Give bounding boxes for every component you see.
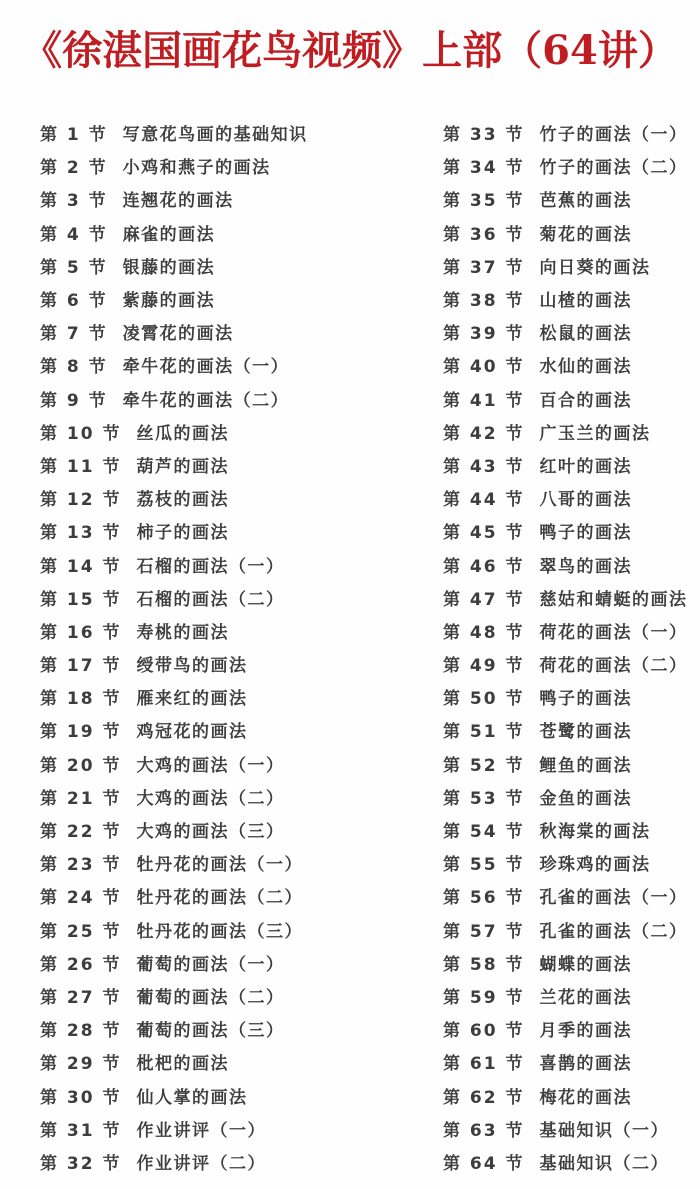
lesson-title: 兰花的画法 <box>540 983 633 1008</box>
lesson-row: 第 46 节 翠鸟的画法 <box>443 547 693 580</box>
lesson-title: 小鸡和燕子的画法 <box>123 153 271 178</box>
lesson-row: 第 4 节 麻雀的画法 <box>40 216 420 249</box>
lesson-number: 第 32 节 <box>40 1149 122 1174</box>
lesson-number: 第 11 节 <box>40 452 122 477</box>
lesson-row: 第 15 节 石榴的画法（二） <box>40 581 420 614</box>
lesson-title: 寿桃的画法 <box>137 618 230 643</box>
lesson-row: 第 55 节 珍珠鸡的画法 <box>443 846 693 879</box>
lesson-number: 第 48 节 <box>443 618 525 643</box>
lesson-number: 第 25 节 <box>40 917 122 942</box>
lesson-number: 第 26 节 <box>40 950 122 975</box>
lesson-title: 八哥的画法 <box>540 485 633 510</box>
lesson-number: 第 54 节 <box>443 817 525 842</box>
lesson-row: 第 62 节 梅花的画法 <box>443 1078 693 1111</box>
lesson-row: 第 24 节 牡丹花的画法（二） <box>40 879 420 912</box>
lesson-row: 第 9 节 牵牛花的画法（二） <box>40 382 420 415</box>
lesson-title: 牵牛花的画法（二） <box>123 386 290 411</box>
lesson-number: 第 17 节 <box>40 651 122 676</box>
lesson-number: 第 28 节 <box>40 1016 122 1041</box>
lesson-number: 第 35 节 <box>443 186 525 211</box>
lesson-title: 石榴的画法（一） <box>137 552 285 577</box>
lesson-title: 丝瓜的画法 <box>137 419 230 444</box>
page-title: 《徐湛国画花鸟视频》上部（64讲） <box>0 22 700 80</box>
lesson-row: 第 64 节 基础知识（二） <box>443 1145 693 1178</box>
lesson-title: 大鸡的画法（一） <box>137 751 285 776</box>
lesson-title: 苍鹭的画法 <box>540 717 633 742</box>
lesson-title: 石榴的画法（二） <box>137 585 285 610</box>
lesson-row: 第 45 节 鸭子的画法 <box>443 514 693 547</box>
lesson-title: 荷花的画法（一） <box>540 618 688 643</box>
lesson-title: 牡丹花的画法（一） <box>137 850 304 875</box>
lesson-title: 牡丹花的画法（三） <box>137 917 304 942</box>
lesson-title: 基础知识（二） <box>540 1149 670 1174</box>
lesson-number: 第 37 节 <box>443 253 525 278</box>
lesson-number: 第 42 节 <box>443 419 525 444</box>
lesson-title: 基础知识（一） <box>540 1116 670 1141</box>
lesson-number: 第 64 节 <box>443 1149 525 1174</box>
lesson-row: 第 16 节 寿桃的画法 <box>40 614 420 647</box>
lesson-row: 第 8 节 牵牛花的画法（一） <box>40 348 420 381</box>
lesson-title: 百合的画法 <box>540 386 633 411</box>
lesson-row: 第 11 节 葫芦的画法 <box>40 448 420 481</box>
lesson-row: 第 3 节 连翘花的画法 <box>40 182 420 215</box>
lesson-row: 第 26 节 葡萄的画法（一） <box>40 946 420 979</box>
lesson-row: 第 61 节 喜鹊的画法 <box>443 1045 693 1078</box>
lesson-title: 喜鹊的画法 <box>540 1049 633 1074</box>
lesson-title: 慈姑和蜻蜓的画法 <box>540 585 688 610</box>
lesson-number: 第 12 节 <box>40 485 122 510</box>
lesson-number: 第 14 节 <box>40 552 122 577</box>
lesson-number: 第 56 节 <box>443 883 525 908</box>
lesson-row: 第 37 节 向日葵的画法 <box>443 249 693 282</box>
lesson-title: 大鸡的画法（三） <box>137 817 285 842</box>
lesson-title: 山楂的画法 <box>540 286 633 311</box>
lesson-title: 葡萄的画法（一） <box>137 950 285 975</box>
lesson-row: 第 5 节 银藤的画法 <box>40 249 420 282</box>
lesson-title: 绶带鸟的画法 <box>137 651 248 676</box>
lesson-row: 第 57 节 孔雀的画法（二） <box>443 913 693 946</box>
lesson-title: 翠鸟的画法 <box>540 552 633 577</box>
lesson-number: 第 38 节 <box>443 286 525 311</box>
lesson-row: 第 53 节 金鱼的画法 <box>443 780 693 813</box>
lesson-title: 仙人掌的画法 <box>137 1083 248 1108</box>
lesson-row: 第 63 节 基础知识（一） <box>443 1112 693 1145</box>
lesson-number: 第 10 节 <box>40 419 122 444</box>
lesson-row: 第 6 节 紫藤的画法 <box>40 282 420 315</box>
lesson-row: 第 48 节 荷花的画法（一） <box>443 614 693 647</box>
lesson-column-left: 第 1 节 写意花鸟画的基础知识 第 2 节 小鸡和燕子的画法 第 3 节 连翘… <box>40 116 420 1178</box>
lesson-number: 第 52 节 <box>443 751 525 776</box>
lesson-number: 第 19 节 <box>40 717 122 742</box>
lesson-number: 第 55 节 <box>443 850 525 875</box>
lesson-row: 第 50 节 鸭子的画法 <box>443 680 693 713</box>
lesson-number: 第 15 节 <box>40 585 122 610</box>
lesson-row: 第 22 节 大鸡的画法（三） <box>40 813 420 846</box>
lesson-row: 第 18 节 雁来红的画法 <box>40 680 420 713</box>
lesson-number: 第 53 节 <box>443 784 525 809</box>
lesson-row: 第 58 节 蝴蝶的画法 <box>443 946 693 979</box>
lesson-number: 第 57 节 <box>443 917 525 942</box>
lesson-row: 第 29 节 枇杷的画法 <box>40 1045 420 1078</box>
lesson-title: 水仙的画法 <box>540 352 633 377</box>
lesson-number: 第 4 节 <box>40 220 108 245</box>
lesson-number: 第 6 节 <box>40 286 108 311</box>
lesson-title: 孔雀的画法（二） <box>540 917 688 942</box>
lesson-number: 第 49 节 <box>443 651 525 676</box>
lesson-number: 第 3 节 <box>40 186 108 211</box>
lesson-number: 第 34 节 <box>443 153 525 178</box>
lesson-number: 第 41 节 <box>443 386 525 411</box>
lesson-title: 菊花的画法 <box>540 220 633 245</box>
lesson-title: 蝴蝶的画法 <box>540 950 633 975</box>
lesson-number: 第 61 节 <box>443 1049 525 1074</box>
lesson-number: 第 43 节 <box>443 452 525 477</box>
lesson-title: 牵牛花的画法（一） <box>123 352 290 377</box>
lesson-title: 鸭子的画法 <box>540 518 633 543</box>
lesson-number: 第 29 节 <box>40 1049 122 1074</box>
lesson-row: 第 17 节 绶带鸟的画法 <box>40 647 420 680</box>
lesson-number: 第 21 节 <box>40 784 122 809</box>
lesson-row: 第 21 节 大鸡的画法（二） <box>40 780 420 813</box>
lesson-title: 牡丹花的画法（二） <box>137 883 304 908</box>
lesson-row: 第 19 节 鸡冠花的画法 <box>40 713 420 746</box>
lesson-title: 鲤鱼的画法 <box>540 751 633 776</box>
lesson-number: 第 8 节 <box>40 352 108 377</box>
lesson-number: 第 39 节 <box>443 319 525 344</box>
lesson-row: 第 56 节 孔雀的画法（一） <box>443 879 693 912</box>
lesson-title: 葫芦的画法 <box>137 452 230 477</box>
lesson-title: 鸭子的画法 <box>540 684 633 709</box>
lesson-row: 第 7 节 凌霄花的画法 <box>40 315 420 348</box>
lesson-title: 大鸡的画法（二） <box>137 784 285 809</box>
lesson-title: 红叶的画法 <box>540 452 633 477</box>
lesson-row: 第 42 节 广玉兰的画法 <box>443 415 693 448</box>
lesson-row: 第 52 节 鲤鱼的画法 <box>443 747 693 780</box>
lesson-title: 梅花的画法 <box>540 1083 633 1108</box>
lesson-row: 第 35 节 芭蕉的画法 <box>443 182 693 215</box>
lesson-title: 秋海棠的画法 <box>540 817 651 842</box>
lesson-row: 第 1 节 写意花鸟画的基础知识 <box>40 116 420 149</box>
lesson-title: 珍珠鸡的画法 <box>540 850 651 875</box>
lesson-number: 第 18 节 <box>40 684 122 709</box>
lesson-number: 第 33 节 <box>443 120 525 145</box>
lesson-row: 第 20 节 大鸡的画法（一） <box>40 747 420 780</box>
lesson-number: 第 23 节 <box>40 850 122 875</box>
lesson-title: 作业讲评（二） <box>137 1149 267 1174</box>
lesson-row: 第 10 节 丝瓜的画法 <box>40 415 420 448</box>
lesson-row: 第 59 节 兰花的画法 <box>443 979 693 1012</box>
lesson-number: 第 60 节 <box>443 1016 525 1041</box>
lesson-title: 芭蕉的画法 <box>540 186 633 211</box>
lesson-title: 荷花的画法（二） <box>540 651 688 676</box>
lesson-title: 广玉兰的画法 <box>540 419 651 444</box>
lesson-number: 第 5 节 <box>40 253 108 278</box>
lesson-number: 第 9 节 <box>40 386 108 411</box>
lesson-number: 第 50 节 <box>443 684 525 709</box>
lesson-row: 第 41 节 百合的画法 <box>443 382 693 415</box>
lesson-title: 紫藤的画法 <box>123 286 216 311</box>
lesson-number: 第 27 节 <box>40 983 122 1008</box>
lesson-row: 第 47 节 慈姑和蜻蜓的画法 <box>443 581 693 614</box>
lesson-number: 第 47 节 <box>443 585 525 610</box>
course-list-page: 《徐湛国画花鸟视频》上部（64讲） 第 1 节 写意花鸟画的基础知识 第 2 节… <box>0 0 700 1189</box>
lesson-row: 第 39 节 松鼠的画法 <box>443 315 693 348</box>
lesson-title: 荔枝的画法 <box>137 485 230 510</box>
lesson-row: 第 12 节 荔枝的画法 <box>40 481 420 514</box>
lesson-title: 月季的画法 <box>540 1016 633 1041</box>
lesson-number: 第 51 节 <box>443 717 525 742</box>
lesson-title: 竹子的画法（二） <box>540 153 688 178</box>
lesson-row: 第 28 节 葡萄的画法（三） <box>40 1012 420 1045</box>
lesson-title: 写意花鸟画的基础知识 <box>123 120 308 145</box>
lesson-number: 第 44 节 <box>443 485 525 510</box>
lesson-title: 葡萄的画法（三） <box>137 1016 285 1041</box>
lesson-title: 竹子的画法（一） <box>540 120 688 145</box>
lesson-title: 向日葵的画法 <box>540 253 651 278</box>
lesson-row: 第 27 节 葡萄的画法（二） <box>40 979 420 1012</box>
lesson-row: 第 49 节 荷花的画法（二） <box>443 647 693 680</box>
lesson-title: 连翘花的画法 <box>123 186 234 211</box>
lesson-row: 第 30 节 仙人掌的画法 <box>40 1078 420 1111</box>
lesson-column-right: 第 33 节 竹子的画法（一） 第 34 节 竹子的画法（二） 第 35 节 芭… <box>443 116 693 1178</box>
lesson-title: 雁来红的画法 <box>137 684 248 709</box>
lesson-row: 第 44 节 八哥的画法 <box>443 481 693 514</box>
lesson-row: 第 51 节 苍鹭的画法 <box>443 713 693 746</box>
lesson-row: 第 31 节 作业讲评（一） <box>40 1112 420 1145</box>
lesson-number: 第 22 节 <box>40 817 122 842</box>
lesson-number: 第 45 节 <box>443 518 525 543</box>
lesson-title: 麻雀的画法 <box>123 220 216 245</box>
lesson-row: 第 60 节 月季的画法 <box>443 1012 693 1045</box>
lesson-row: 第 14 节 石榴的画法（一） <box>40 547 420 580</box>
lesson-row: 第 25 节 牡丹花的画法（三） <box>40 913 420 946</box>
lesson-number: 第 59 节 <box>443 983 525 1008</box>
lesson-title: 孔雀的画法（一） <box>540 883 688 908</box>
lesson-number: 第 16 节 <box>40 618 122 643</box>
lesson-title: 葡萄的画法（二） <box>137 983 285 1008</box>
lesson-title: 凌霄花的画法 <box>123 319 234 344</box>
lesson-row: 第 40 节 水仙的画法 <box>443 348 693 381</box>
lesson-title: 鸡冠花的画法 <box>137 717 248 742</box>
lesson-number: 第 58 节 <box>443 950 525 975</box>
lesson-row: 第 54 节 秋海棠的画法 <box>443 813 693 846</box>
lesson-number: 第 30 节 <box>40 1083 122 1108</box>
lesson-row: 第 36 节 菊花的画法 <box>443 216 693 249</box>
lesson-number: 第 36 节 <box>443 220 525 245</box>
lesson-number: 第 40 节 <box>443 352 525 377</box>
lesson-number: 第 31 节 <box>40 1116 122 1141</box>
lesson-number: 第 7 节 <box>40 319 108 344</box>
lesson-number: 第 63 节 <box>443 1116 525 1141</box>
lesson-number: 第 46 节 <box>443 552 525 577</box>
lesson-row: 第 23 节 牡丹花的画法（一） <box>40 846 420 879</box>
lesson-number: 第 13 节 <box>40 518 122 543</box>
lesson-row: 第 33 节 竹子的画法（一） <box>443 116 693 149</box>
lesson-title: 松鼠的画法 <box>540 319 633 344</box>
lesson-number: 第 20 节 <box>40 751 122 776</box>
lesson-title: 银藤的画法 <box>123 253 216 278</box>
lesson-title: 作业讲评（一） <box>137 1116 267 1141</box>
lesson-row: 第 2 节 小鸡和燕子的画法 <box>40 149 420 182</box>
lesson-number: 第 62 节 <box>443 1083 525 1108</box>
lesson-title: 柿子的画法 <box>137 518 230 543</box>
lesson-row: 第 38 节 山楂的画法 <box>443 282 693 315</box>
lesson-title: 金鱼的画法 <box>540 784 633 809</box>
lesson-number: 第 2 节 <box>40 153 108 178</box>
lesson-title: 枇杷的画法 <box>137 1049 230 1074</box>
lesson-row: 第 43 节 红叶的画法 <box>443 448 693 481</box>
lesson-row: 第 34 节 竹子的画法（二） <box>443 149 693 182</box>
lesson-row: 第 13 节 柿子的画法 <box>40 514 420 547</box>
lesson-number: 第 24 节 <box>40 883 122 908</box>
lesson-row: 第 32 节 作业讲评（二） <box>40 1145 420 1178</box>
lesson-number: 第 1 节 <box>40 120 108 145</box>
